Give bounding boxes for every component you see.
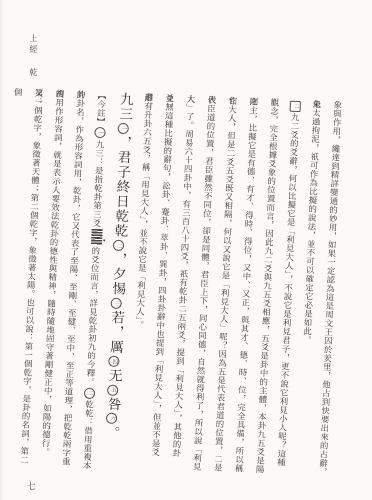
- jinzhu-heading: 【今註】: [96, 91, 107, 126]
- hexagram-name-label: 乾: [29, 68, 38, 79]
- line-statement-text: 无: [105, 368, 122, 383]
- page-number: 七: [27, 480, 36, 492]
- paragraph-number-marker: 二: [290, 100, 301, 111]
- jinzhu-text: 九三：是指乾卦第三爻: [92, 140, 105, 228]
- line-statement-text: ，夕惕: [109, 252, 127, 297]
- running-header: 上經乾: [28, 34, 39, 79]
- qian-hexagram-icon: [91, 229, 103, 245]
- circled-number-five: 五: [107, 384, 118, 395]
- circled-number-two: 二: [113, 240, 124, 251]
- volume-label: 上經: [29, 34, 38, 56]
- circled-number-three: 三: [110, 298, 121, 309]
- main-text-block: 象與作用，纔達到精詳變通的妙用，如果一定認為這是周文王囚於羑里，他占到快要出來的…: [13, 88, 348, 481]
- line-statement-text: 。: [103, 425, 120, 440]
- jinzhu-text: 的爻位而言，詳見乾卦初九的今釋。: [85, 246, 101, 386]
- line-statement-text: 九三: [116, 92, 133, 122]
- circled-number-one: 一: [94, 127, 105, 138]
- line-statement-text: 若，厲: [107, 310, 125, 355]
- scanned-book-page: 上經乾 象與作用，纔達到精詳變通的妙用，如果一定認為這是周文王囚於羑里，他占到快…: [0, 0, 372, 500]
- circled-number-one: 一: [118, 123, 129, 134]
- circled-number-four: 四: [108, 356, 119, 367]
- line-statement-text: 咎: [104, 397, 121, 412]
- circled-number-two: 二: [84, 387, 95, 398]
- line-statement-text: ，君子終日乾乾: [111, 135, 131, 238]
- circled-number-six: 六: [106, 413, 117, 424]
